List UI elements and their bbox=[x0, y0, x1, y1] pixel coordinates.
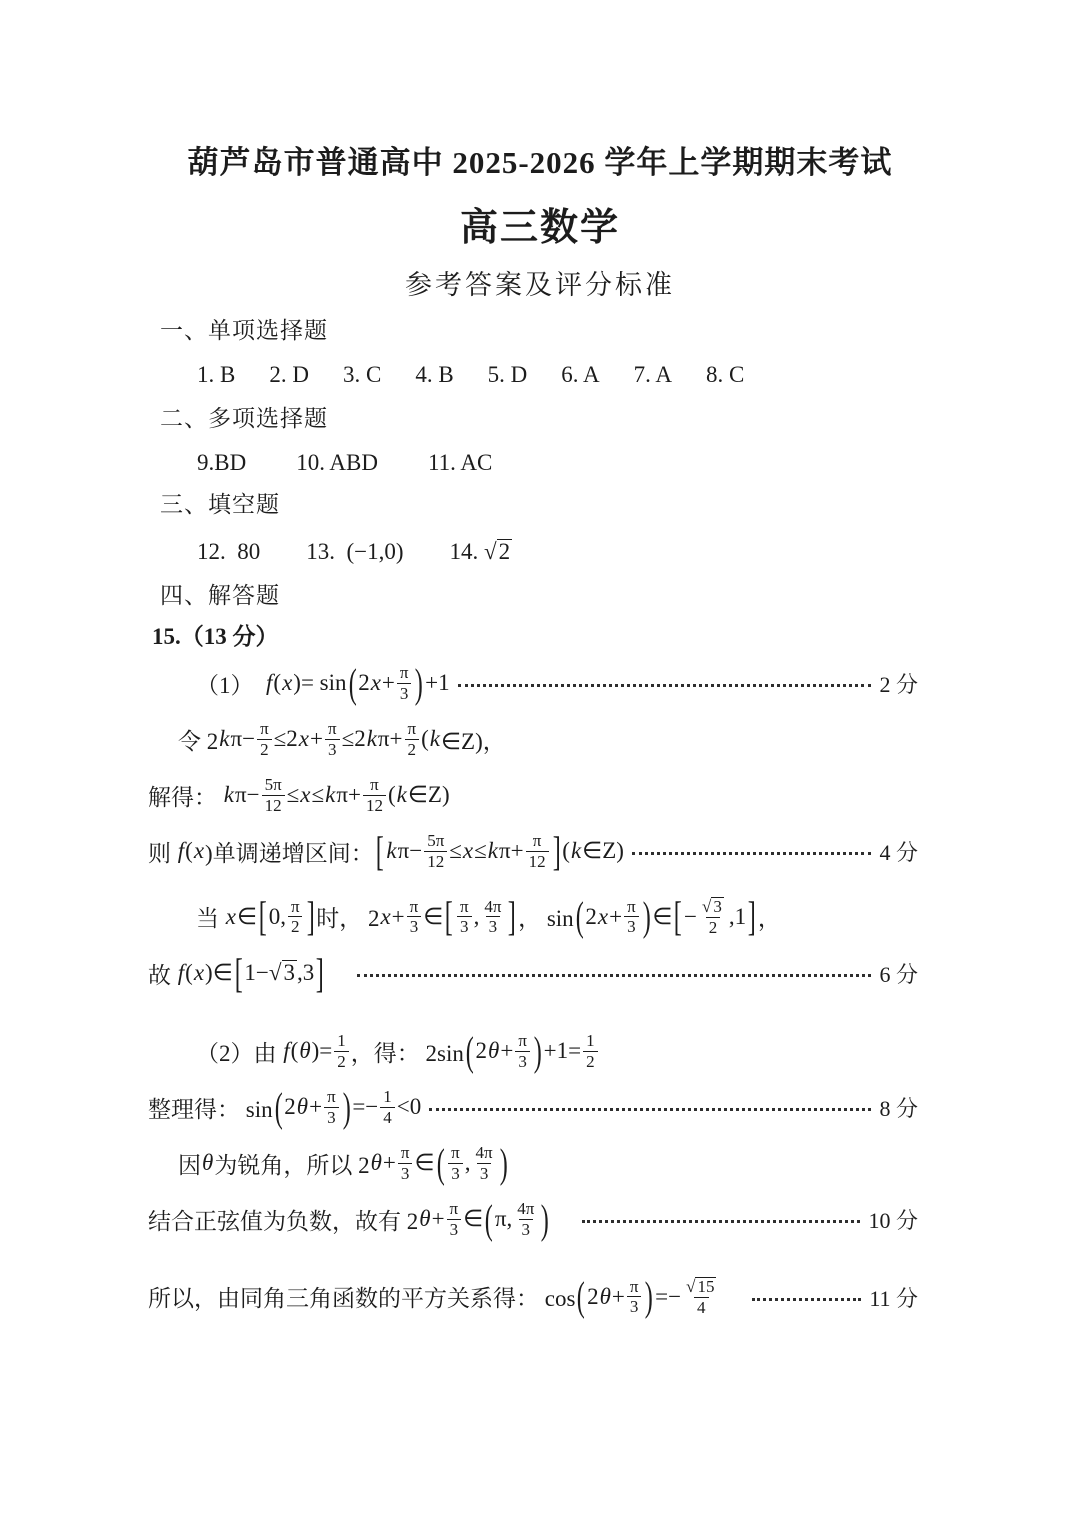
math-variable: x bbox=[193, 838, 205, 864]
math-bracket: ) bbox=[499, 1142, 507, 1183]
math-text: ≤ bbox=[312, 782, 325, 808]
document-page: 葫芦岛市普通高中 2025-2026 学年上学期期末考试 高三数学 参考答案及评… bbox=[0, 0, 1080, 1527]
numerator: π bbox=[407, 897, 422, 916]
math-text: （2）由 bbox=[196, 1035, 282, 1068]
fraction: 12 bbox=[334, 1031, 349, 1070]
solution-line: 则 f(x)单调递增区间：[kπ−5π12≤x≤kπ+π12](k∈Z)4 分 bbox=[148, 824, 918, 878]
radical-sign: √ bbox=[702, 898, 711, 916]
single-choice-answers: 1. B2. D3. C4. B5. D6. A7. A8. C bbox=[197, 360, 918, 390]
math-text: ,1 bbox=[729, 904, 746, 930]
math-text: + bbox=[612, 1284, 625, 1310]
score-label: 2 分 bbox=[879, 668, 918, 699]
math-variable: x bbox=[462, 838, 474, 864]
math-text: ，得： 2sin bbox=[351, 1035, 464, 1068]
numerator: π bbox=[257, 719, 272, 738]
fraction: π3 bbox=[627, 1277, 642, 1316]
answer-item: 8. C bbox=[706, 360, 744, 390]
math-variable: x bbox=[299, 782, 311, 808]
math-text: ( bbox=[291, 1038, 299, 1064]
denominator: 12 bbox=[526, 851, 549, 871]
math-text: 2 bbox=[284, 1094, 296, 1120]
math-variable: x bbox=[225, 904, 237, 930]
math-bracket: [ bbox=[376, 830, 384, 871]
radicand: 3 bbox=[282, 960, 298, 986]
denominator: 3 bbox=[457, 916, 472, 936]
math-text: 所以，由同角三角函数的平方关系得： cos bbox=[148, 1280, 575, 1313]
math-text: + bbox=[609, 904, 622, 930]
math-text: π+ bbox=[499, 838, 524, 864]
math-variable: x bbox=[379, 904, 391, 930]
answer-item: 5. D bbox=[488, 360, 528, 390]
answer-item: 7. A bbox=[634, 360, 672, 390]
numerator: √15 bbox=[683, 1277, 719, 1296]
fraction: 5π12 bbox=[262, 775, 285, 814]
fraction: π3 bbox=[457, 897, 472, 936]
radicand: 2 bbox=[497, 539, 513, 565]
denominator: 3 bbox=[477, 1163, 492, 1183]
math-variable: x bbox=[298, 726, 310, 752]
math-variable: f bbox=[265, 670, 273, 696]
denominator: 3 bbox=[448, 1163, 463, 1183]
math-variable: θ bbox=[296, 1094, 309, 1120]
math-text: 为锐角，所以 2 bbox=[214, 1147, 369, 1180]
math-variable: θ bbox=[487, 1038, 500, 1064]
math-bracket: ) bbox=[342, 1086, 350, 1127]
math-text: 2 bbox=[476, 1038, 488, 1064]
answer-item: 11. AC bbox=[428, 448, 492, 478]
math-bracket: ) bbox=[645, 1276, 653, 1317]
denominator: 3 bbox=[624, 916, 639, 936]
math-text: π− bbox=[235, 782, 260, 808]
math-variable: k bbox=[324, 782, 336, 808]
answer-item: 3. C bbox=[343, 360, 381, 390]
answer-item: 10. ABD bbox=[296, 448, 378, 478]
numerator: π bbox=[397, 663, 412, 682]
math-text: 结合正弦值为负数，故有 2 bbox=[148, 1203, 418, 1236]
math-text: + bbox=[310, 726, 323, 752]
math-variable: k bbox=[429, 726, 441, 752]
math-variable: k bbox=[570, 838, 582, 864]
math-variable: f bbox=[282, 1038, 290, 1064]
math-expression: 因θ为锐角，所以 2θ+π3∈(π3,4π3) bbox=[178, 1143, 509, 1182]
math-text: =− bbox=[655, 1284, 681, 1310]
math-text: π− bbox=[398, 838, 423, 864]
math-text: =− bbox=[352, 1094, 378, 1120]
math-text: ,3 bbox=[297, 960, 314, 986]
answer-item: 12. 80 bbox=[197, 537, 260, 567]
math-text: π− bbox=[230, 726, 255, 752]
math-bracket: ] bbox=[316, 952, 324, 993]
sqrt-expression: √3 bbox=[269, 960, 297, 986]
numerator: 5π bbox=[262, 775, 285, 794]
math-variable: x bbox=[193, 960, 205, 986]
answer-item: 2. D bbox=[269, 360, 309, 390]
math-text: )∈ bbox=[205, 960, 233, 986]
math-text: ∈Z) bbox=[582, 838, 624, 864]
math-text: π+ bbox=[378, 726, 403, 752]
fraction: π3 bbox=[624, 897, 639, 936]
fraction: π2 bbox=[288, 897, 303, 936]
radical-sign: √ bbox=[269, 961, 282, 986]
fraction: π3 bbox=[324, 1087, 339, 1126]
math-text: ∈ bbox=[423, 904, 443, 930]
math-text: ( bbox=[273, 670, 281, 696]
fraction: √32 bbox=[699, 897, 727, 936]
math-text: ≤ bbox=[474, 838, 487, 864]
math-bracket: [ bbox=[674, 896, 682, 937]
solution-line: 令 2kπ−π2≤2x+π3≤2kπ+π2(k∈Z)， bbox=[178, 712, 918, 766]
numerator: 4π bbox=[514, 1199, 537, 1218]
sqrt-expression: √3 bbox=[702, 897, 724, 916]
problem-15-label: 15.（13 分） bbox=[152, 622, 918, 652]
fraction: 14 bbox=[380, 1087, 395, 1126]
math-bracket: [ bbox=[445, 896, 453, 937]
denominator: 3 bbox=[324, 1107, 339, 1127]
solution-line: 结合正弦值为负数，故有 2θ+π3∈(π,4π3) 10 分 bbox=[148, 1192, 918, 1246]
solution-line: （2）由 f(θ)=12，得： 2sin(2θ+π3)+1=12 bbox=[196, 1024, 918, 1078]
denominator: 3 bbox=[486, 916, 501, 936]
math-text: π+ bbox=[336, 782, 361, 808]
math-variable: x bbox=[281, 670, 293, 696]
math-text: 2 bbox=[585, 904, 597, 930]
denominator: 3 bbox=[397, 683, 412, 703]
denominator: 2 bbox=[583, 1051, 598, 1071]
math-text: + bbox=[382, 670, 395, 696]
fraction: π2 bbox=[257, 719, 272, 758]
math-text: ∈ bbox=[652, 904, 672, 930]
math-text: +1 bbox=[425, 670, 449, 696]
math-variable: θ bbox=[599, 1284, 612, 1310]
fraction: π3 bbox=[398, 1143, 413, 1182]
fraction: π2 bbox=[405, 719, 420, 758]
solution-line: 所以，由同角三角函数的平方关系得： cos(2θ+π3)=−√154 11 分 bbox=[148, 1270, 918, 1324]
math-text: 2 bbox=[358, 670, 370, 696]
math-text: 14. bbox=[450, 537, 485, 567]
math-text: 解得： bbox=[148, 779, 223, 812]
fraction: 4π3 bbox=[473, 1143, 496, 1182]
denominator: 3 bbox=[515, 1051, 530, 1071]
denominator: 3 bbox=[627, 1296, 642, 1316]
math-bracket: ] bbox=[306, 896, 314, 937]
math-text: +1= bbox=[544, 1038, 581, 1064]
numerator: 4π bbox=[481, 897, 504, 916]
fraction: π3 bbox=[325, 719, 340, 758]
math-expression: 当 x∈[0,π2]时， 2x+π3∈[π3,4π3]， sin(2x+π3)∈… bbox=[196, 897, 781, 936]
math-bracket: ) bbox=[415, 662, 423, 703]
fraction: 12 bbox=[583, 1031, 598, 1070]
fraction: π12 bbox=[363, 775, 386, 814]
math-text: 12. 80 bbox=[197, 537, 260, 567]
radicand: 15 bbox=[695, 1277, 716, 1296]
numerator: π bbox=[530, 831, 545, 850]
denominator: 3 bbox=[447, 1219, 462, 1239]
math-text: 时， 2 bbox=[316, 900, 379, 933]
dot-leader bbox=[429, 1108, 871, 1111]
numerator: 1 bbox=[583, 1031, 598, 1050]
page-title: 葫芦岛市普通高中 2025-2026 学年上学期期末考试 bbox=[0, 143, 1080, 183]
math-bracket: ) bbox=[642, 896, 650, 937]
math-text: ≤2 bbox=[274, 726, 298, 752]
numerator: π bbox=[405, 719, 420, 738]
score-label: 8 分 bbox=[879, 1092, 918, 1123]
solution-line: 因θ为锐角，所以 2θ+π3∈(π3,4π3) bbox=[178, 1136, 918, 1190]
numerator: π bbox=[627, 1277, 642, 1296]
math-bracket: ] bbox=[748, 896, 756, 937]
answer-item: 9.BD bbox=[197, 448, 246, 478]
math-expression: 解得： kπ−5π12≤x≤kπ+π12(k∈Z) bbox=[148, 775, 450, 814]
math-variable: θ bbox=[201, 1150, 214, 1176]
numerator: √3 bbox=[699, 897, 727, 916]
denominator: 12 bbox=[262, 795, 285, 815]
math-text: π, bbox=[495, 1206, 512, 1232]
math-variable: k bbox=[385, 838, 397, 864]
fill-blank-answers: 12. 8013. (−1,0)14. √2 bbox=[197, 531, 918, 573]
fraction: 5π12 bbox=[424, 831, 447, 870]
numerator: 1 bbox=[334, 1031, 349, 1050]
math-variable: f bbox=[177, 960, 185, 986]
math-expression: 则 f(x)单调递增区间：[kπ−5π12≤x≤kπ+π12](k∈Z) bbox=[148, 831, 624, 870]
numerator: π bbox=[515, 1031, 530, 1050]
math-text bbox=[551, 1203, 574, 1236]
math-text: ∈ bbox=[463, 1206, 483, 1232]
math-variable: x bbox=[597, 904, 609, 930]
math-bracket: ] bbox=[552, 830, 560, 871]
math-expression: 所以，由同角三角函数的平方关系得： cos(2θ+π3)=−√154 bbox=[148, 1277, 744, 1316]
math-text: ≤ bbox=[287, 782, 300, 808]
math-bracket: ( bbox=[348, 662, 356, 703]
fraction: π3 bbox=[397, 663, 412, 702]
math-text: ( bbox=[421, 726, 429, 752]
dot-leader bbox=[458, 684, 872, 687]
math-text: )= sin bbox=[293, 670, 346, 696]
math-text: ∈Z) bbox=[408, 782, 450, 808]
math-text: （1） bbox=[196, 667, 265, 700]
fraction: π3 bbox=[448, 1143, 463, 1182]
math-variable: k bbox=[223, 782, 235, 808]
fraction: π12 bbox=[526, 831, 549, 870]
numerator: π bbox=[448, 1143, 463, 1162]
solution-line: （1） f(x)= sin(2x+π3)+12 分 bbox=[196, 656, 918, 710]
math-text: <0 bbox=[397, 1094, 421, 1120]
fraction: 4π3 bbox=[514, 1199, 537, 1238]
score-label: 10 分 bbox=[868, 1204, 918, 1235]
radicand: 3 bbox=[711, 897, 724, 916]
math-expression: 结合正弦值为负数，故有 2θ+π3∈(π,4π3) bbox=[148, 1199, 574, 1238]
numerator: 1 bbox=[380, 1087, 395, 1106]
fraction: 4π3 bbox=[481, 897, 504, 936]
math-bracket: ) bbox=[541, 1198, 549, 1239]
radical-sign: √ bbox=[686, 1278, 695, 1296]
math-text: + bbox=[309, 1094, 322, 1120]
numerator: π bbox=[325, 719, 340, 738]
denominator: 2 bbox=[257, 739, 272, 759]
section-heading-free-response: 四、解答题 bbox=[160, 581, 918, 611]
score-label: 4 分 bbox=[879, 836, 918, 867]
math-text: 令 2 bbox=[178, 723, 218, 756]
section-heading-single-choice: 一、单项选择题 bbox=[160, 316, 918, 346]
math-text: 13. (−1,0) bbox=[306, 537, 403, 567]
math-text: ∈ bbox=[414, 1150, 434, 1176]
denominator: 2 bbox=[405, 739, 420, 759]
answer-key-subheading: 参考答案及评分标准 bbox=[0, 269, 1080, 302]
math-bracket: ( bbox=[575, 896, 583, 937]
math-text: ≤2 bbox=[342, 726, 366, 752]
numerator: π bbox=[367, 775, 382, 794]
math-text: 整理得： sin bbox=[148, 1091, 273, 1124]
math-variable: k bbox=[366, 726, 378, 752]
math-bracket: [ bbox=[259, 896, 267, 937]
math-text: 故 bbox=[148, 957, 177, 990]
section-heading-fill-blank: 三、填空题 bbox=[160, 490, 918, 520]
math-text: ≤ bbox=[449, 838, 462, 864]
answer-item: 1. B bbox=[197, 360, 235, 390]
dot-leader bbox=[752, 1298, 861, 1301]
numerator: π bbox=[447, 1199, 462, 1218]
denominator: 2 bbox=[706, 917, 721, 937]
denominator: 12 bbox=[363, 795, 386, 815]
math-text: + bbox=[383, 1150, 396, 1176]
math-variable: k bbox=[396, 782, 408, 808]
document-content: 一、单项选择题 1. B2. D3. C4. B5. D6. A7. A8. C… bbox=[160, 316, 918, 1324]
dot-leader bbox=[582, 1220, 860, 1223]
math-text: ( bbox=[562, 838, 570, 864]
math-variable: f bbox=[177, 838, 185, 864]
math-variable: θ bbox=[418, 1206, 431, 1232]
denominator: 3 bbox=[519, 1219, 534, 1239]
math-text: 当 bbox=[196, 900, 225, 933]
math-text: + bbox=[500, 1038, 513, 1064]
math-text: ∈Z)， bbox=[441, 723, 506, 756]
math-text: ， bbox=[758, 900, 781, 933]
numerator: 4π bbox=[473, 1143, 496, 1162]
numerator: π bbox=[457, 897, 472, 916]
numerator: π bbox=[324, 1087, 339, 1106]
dot-leader bbox=[357, 974, 872, 977]
math-text: ∈ bbox=[237, 904, 257, 930]
fraction: √154 bbox=[683, 1277, 719, 1316]
sqrt-expression: √15 bbox=[686, 1277, 716, 1296]
solution-line: 解得： kπ−5π12≤x≤kπ+π12(k∈Z) bbox=[148, 768, 918, 822]
math-text: , bbox=[474, 904, 480, 930]
math-text: 2 bbox=[587, 1284, 599, 1310]
math-text: 1− bbox=[244, 960, 268, 986]
fraction: π3 bbox=[447, 1199, 462, 1238]
math-expression: （2）由 f(θ)=12，得： 2sin(2θ+π3)+1=12 bbox=[196, 1031, 600, 1070]
math-variable: θ bbox=[298, 1038, 311, 1064]
numerator: π bbox=[288, 897, 303, 916]
math-bracket: ) bbox=[534, 1030, 542, 1071]
score-label: 6 分 bbox=[879, 958, 918, 989]
score-label: 11 分 bbox=[869, 1282, 918, 1313]
math-bracket: [ bbox=[235, 952, 243, 993]
numerator: π bbox=[398, 1143, 413, 1162]
answer-item: 14. √2 bbox=[450, 537, 513, 567]
math-text: )= bbox=[312, 1038, 333, 1064]
math-bracket: ] bbox=[508, 896, 516, 937]
math-text: 因 bbox=[178, 1147, 201, 1180]
denominator: 3 bbox=[407, 916, 422, 936]
sqrt-expression: √2 bbox=[484, 539, 512, 565]
math-bracket: ( bbox=[274, 1086, 282, 1127]
math-text: ( bbox=[185, 838, 193, 864]
math-text: + bbox=[432, 1206, 445, 1232]
fraction: π3 bbox=[407, 897, 422, 936]
numerator: π bbox=[624, 897, 639, 916]
math-expression: 令 2kπ−π2≤2x+π3≤2kπ+π2(k∈Z)， bbox=[178, 719, 506, 758]
math-text: + bbox=[392, 904, 405, 930]
section-heading-multi-choice: 二、多项选择题 bbox=[160, 404, 918, 434]
math-text: − bbox=[684, 904, 697, 930]
math-text: 则 bbox=[148, 835, 177, 868]
answer-item: 6. A bbox=[561, 360, 599, 390]
math-text: ( bbox=[388, 782, 396, 808]
math-variable: k bbox=[487, 838, 499, 864]
denominator: 2 bbox=[334, 1051, 349, 1071]
subject-title: 高三数学 bbox=[0, 205, 1080, 251]
answer-item: 13. (−1,0) bbox=[306, 537, 403, 567]
solution-line: 故 f(x)∈[1−√3,3] 6 分 bbox=[148, 946, 918, 1000]
solution-line: 整理得： sin(2θ+π3)=−14<08 分 bbox=[148, 1080, 918, 1134]
math-text: , bbox=[465, 1150, 471, 1176]
math-variable: x bbox=[370, 670, 382, 696]
math-text: ( bbox=[185, 960, 193, 986]
denominator: 2 bbox=[288, 916, 303, 936]
numerator: 5π bbox=[424, 831, 447, 850]
solution-line: 当 x∈[0,π2]时， 2x+π3∈[π3,4π3]， sin(2x+π3)∈… bbox=[196, 890, 918, 944]
math-text: 0, bbox=[269, 904, 286, 930]
math-bracket: ( bbox=[577, 1276, 585, 1317]
math-expression: 整理得： sin(2θ+π3)=−14<0 bbox=[148, 1087, 421, 1126]
denominator: 3 bbox=[325, 739, 340, 759]
math-bracket: ( bbox=[466, 1030, 474, 1071]
math-text: ， sin bbox=[518, 900, 574, 933]
math-text: )单调递增区间： bbox=[205, 835, 374, 868]
math-text bbox=[721, 1280, 744, 1313]
radical-sign: √ bbox=[484, 540, 497, 565]
denominator: 3 bbox=[398, 1163, 413, 1183]
math-expression: 故 f(x)∈[1−√3,3] bbox=[148, 957, 349, 990]
denominator: 4 bbox=[694, 1297, 709, 1317]
math-variable: k bbox=[218, 726, 230, 752]
fraction: π3 bbox=[515, 1031, 530, 1070]
math-bracket: ( bbox=[436, 1142, 444, 1183]
math-variable: θ bbox=[370, 1150, 383, 1176]
math-expression: （1） f(x)= sin(2x+π3)+1 bbox=[196, 663, 450, 702]
solution-lines: （1） f(x)= sin(2x+π3)+12 分令 2kπ−π2≤2x+π3≤… bbox=[160, 656, 918, 1324]
math-bracket: ( bbox=[485, 1198, 493, 1239]
dot-leader bbox=[632, 852, 872, 855]
denominator: 4 bbox=[380, 1107, 395, 1127]
answer-item: 4. B bbox=[415, 360, 453, 390]
denominator: 12 bbox=[424, 851, 447, 871]
multi-choice-answers: 9.BD10. ABD11. AC bbox=[197, 448, 918, 478]
math-text bbox=[326, 957, 349, 990]
